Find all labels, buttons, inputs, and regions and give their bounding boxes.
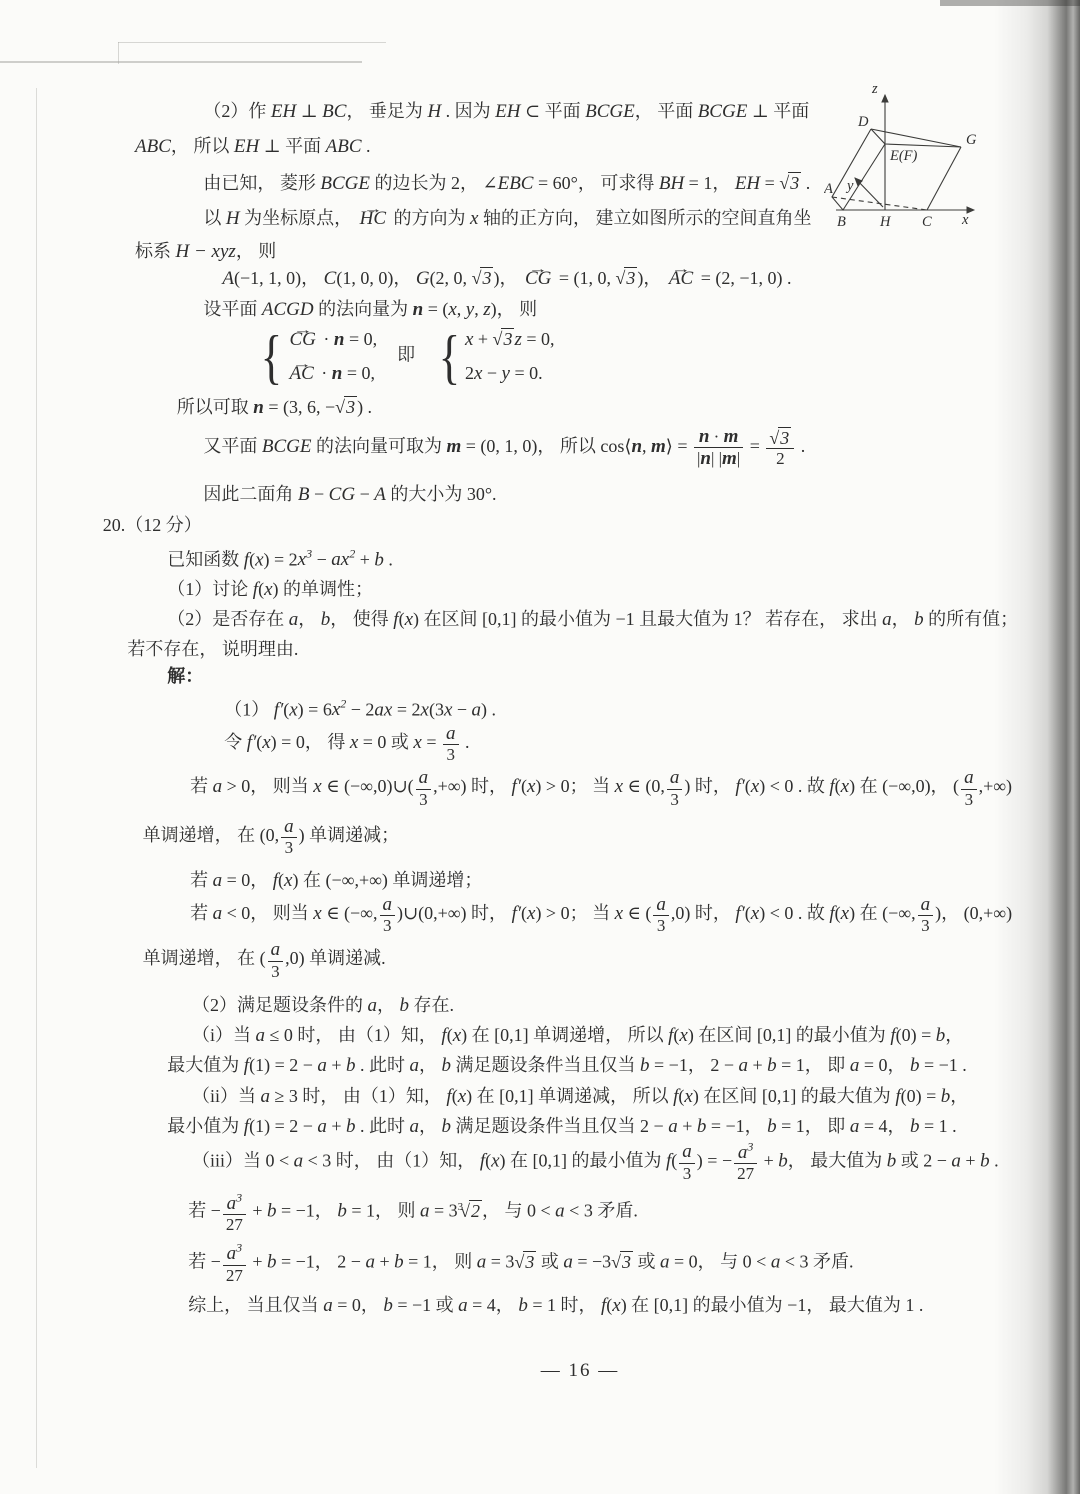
text-run: = 1， 即 <box>777 1116 850 1136</box>
text-run: 因此二面角 <box>203 484 298 504</box>
denominator: 3 <box>443 745 459 764</box>
math-run: a3 <box>227 1193 243 1214</box>
math-run: a <box>284 816 294 837</box>
solution-line: 若 a < 0， 则当 x ∈ (−∞,a3)∪(0,+∞) 时， f′(x) … <box>190 894 1030 935</box>
math-run: x3 <box>298 549 312 570</box>
text-run: 令 <box>224 732 247 752</box>
math-run: G <box>416 268 430 289</box>
math-run: A <box>222 268 234 289</box>
denominator: 3 <box>679 1164 695 1183</box>
math-run: x <box>841 776 849 797</box>
text-run: 若 − <box>188 1201 221 1221</box>
text-run: 解： <box>167 666 203 686</box>
math-run: C <box>324 268 337 289</box>
math-run: BCGE <box>320 173 370 194</box>
figure-label-a: A <box>824 181 833 197</box>
text-run: = 0， <box>222 870 273 890</box>
figure-label-d: D <box>857 114 869 130</box>
text-run: ) 在区间 [0,1] 的最小值为 −1 且最大值为 1？ 若存在， 求出 <box>413 609 882 629</box>
text-run: ) 在 [0,1] 的最小值为 −1， 最大值为 1 . <box>621 1295 924 1315</box>
numerator: n · m <box>694 426 743 448</box>
text-run: = 0， 与 0 < <box>670 1252 771 1272</box>
fraction: a3 <box>679 1141 695 1182</box>
text-run: > 0， 则当 <box>222 776 313 796</box>
math-run: n <box>332 363 343 384</box>
y-axis <box>855 178 883 207</box>
text-run: = −1， 2 − <box>650 1055 739 1075</box>
text-run: 3 <box>447 745 456 764</box>
text-run: − <box>310 484 329 504</box>
math-run: a <box>256 1025 266 1046</box>
text-run: = (1, 0, <box>554 268 615 288</box>
numerator: a <box>679 1141 695 1163</box>
math-run: z <box>483 299 490 320</box>
radical: √3 <box>514 1246 536 1279</box>
text-run: ， <box>377 995 400 1015</box>
system-rows: CG · n = 0,AC · n = 0, <box>287 324 378 389</box>
radical: 3√2 <box>458 1191 482 1228</box>
text-run: < 3 矛盾. <box>780 1252 853 1272</box>
text-run: − <box>482 363 501 383</box>
solution-line: 最小值为 f(1) = 2 − a + b . 此时 a， b 满足题设条件当且… <box>167 1110 1030 1143</box>
math-run: a <box>682 1141 692 1162</box>
scan-shadow-right <box>994 0 1080 1494</box>
radicand: 2 <box>469 1200 482 1221</box>
math-run: a <box>383 894 393 915</box>
text-run: 3 <box>657 916 666 935</box>
text-run: = −1 或 <box>393 1295 458 1315</box>
text-run: = 1， 则 <box>404 1252 477 1272</box>
text-run: = −1， <box>277 1201 338 1221</box>
math-run: EH <box>495 101 520 122</box>
parallelogram-ABED <box>832 129 885 210</box>
math-run: m <box>651 436 666 457</box>
numerator: √3 <box>766 428 794 449</box>
page-number: — 16 — <box>135 1360 1025 1382</box>
fraction: n · m|n| |m| <box>694 426 743 470</box>
text-run: ∈ (−∞, <box>322 903 378 923</box>
scan-artifact-line <box>118 42 119 64</box>
math-run: H <box>226 208 240 229</box>
solution-line: 最大值为 f(1) = 2 − a + b . 此时 a， b 满足题设条件当且… <box>167 1049 1030 1082</box>
edge-GC <box>927 147 961 210</box>
text-run: ) 在区间 [0,1] 的最小值为 <box>688 1025 890 1045</box>
math-run: ABC <box>326 136 362 157</box>
math-run: b <box>767 1116 777 1137</box>
text-run: ∈ (0, <box>623 776 665 796</box>
math-run: EBC <box>498 173 534 194</box>
math-run: x <box>615 903 623 924</box>
figure-label-y: y <box>845 178 854 194</box>
text-run: ) 在 [0,1] 的最小值为 <box>500 1150 666 1170</box>
text-run: （1）讨论 <box>167 579 253 599</box>
text-run: ⊥ 平面 <box>259 136 325 156</box>
text-run: 为坐标原点， <box>240 208 357 228</box>
math-run: a <box>921 894 931 915</box>
text-run: . <box>801 173 810 193</box>
text-run: 单调递增， 在 (0, <box>143 825 280 845</box>
text-run: = <box>760 173 779 193</box>
text-run: . <box>796 436 805 456</box>
math-run: f′ <box>512 903 521 924</box>
fraction: a3 <box>416 767 432 808</box>
math-run: EH <box>234 136 259 157</box>
text-run: )∪(0,+∞) 时， <box>397 903 512 923</box>
text-run: ， 垂足为 <box>346 101 427 121</box>
radical: √3 <box>472 262 494 295</box>
radicand: 3 <box>523 1251 536 1272</box>
text-run: ) > 0； 当 <box>535 776 614 796</box>
fraction: a3 <box>380 894 396 935</box>
text-run: ( <box>671 1150 677 1170</box>
text-run: ) < 0 . 故 <box>759 776 829 796</box>
numerator: a <box>961 767 977 789</box>
solution-line: {CG · n = 0,AC · n = 0, 即 {x + √3z = 0,2… <box>255 324 1030 389</box>
math-run: a <box>555 1201 565 1222</box>
superscript: 3 <box>236 1241 242 1255</box>
text-run: < 3 矛盾. <box>565 1201 638 1221</box>
numerator: a3 <box>734 1141 757 1165</box>
math-run: x <box>264 579 272 600</box>
numerator: a <box>416 767 432 789</box>
math-run: a <box>668 1116 678 1137</box>
math-run: a <box>410 1116 420 1137</box>
text-run: = (0, 1, 0)， 所以 cos⟨ <box>461 436 631 456</box>
text-run: = 1 时， <box>528 1295 601 1315</box>
text-run: = <box>422 732 441 752</box>
math-run: a <box>213 870 223 891</box>
solution-line: 若 −a327 + b = −1， 2 − a + b = 1， 则 a = 3… <box>188 1242 1030 1285</box>
vector-arrow: AC <box>669 262 693 295</box>
text-run: ) 在 (−∞,0)， ( <box>849 776 959 796</box>
solution-line: 若 a > 0， 则当 x ∈ (−∞,0)∪(a3,+∞) 时， f′(x) … <box>190 767 1030 808</box>
math-run: H <box>427 101 441 122</box>
radicand: 3 <box>480 267 493 288</box>
text-run: 轴的正方向， 建立如图所示的空间直角坐 <box>478 208 811 228</box>
math-run: x <box>350 732 358 753</box>
solution-line: （i）当 a ≤ 0 时， 由（1）知， f(x) 在 [0,1] 单调递增， … <box>192 1019 1030 1052</box>
text-run: = 0, <box>342 363 375 383</box>
vector-arrow: AC <box>290 359 314 389</box>
text-run: 的方向为 <box>389 208 470 228</box>
text-run: = <box>745 436 764 456</box>
brace-icon: { <box>260 330 282 384</box>
math-run: a <box>213 776 223 797</box>
denominator: 2 <box>766 449 794 468</box>
text-run: 最小值为 <box>167 1116 244 1136</box>
radicand: 3 <box>620 1251 633 1272</box>
solution-line: 设平面 ACGD 的法向量为 n = (x, y, z)， 则 <box>203 293 1030 326</box>
math-run: n <box>631 436 642 457</box>
math-run: a <box>951 1150 961 1171</box>
text-run: 27 <box>226 1215 243 1234</box>
solution-line: 单调递增， 在 (a3,0) 单调递减. <box>143 939 1030 980</box>
text-run: ⊂ 平面 <box>521 101 586 121</box>
math-run: n <box>699 426 710 447</box>
math-run: b <box>346 1116 356 1137</box>
math-run: x <box>684 1086 692 1107</box>
text-run: ) 时， <box>684 776 735 796</box>
text-run: ) = 6 <box>298 699 332 719</box>
text-run: ∈ ( <box>623 903 651 923</box>
text-run: ,0) 单调递减. <box>285 948 386 968</box>
text-run: + <box>355 549 374 569</box>
math-run: m <box>722 448 737 469</box>
figure-label-x: x <box>961 212 969 228</box>
text-run: 满足题设条件当且仅当 <box>451 1055 640 1075</box>
math-run: b <box>267 1252 277 1273</box>
text-run: （2）作 <box>203 101 271 121</box>
math-run: f′ <box>512 776 521 797</box>
math-run: b <box>267 1201 277 1222</box>
text-run: （ii）当 <box>192 1086 261 1106</box>
math-run: x <box>413 732 421 753</box>
math-run: b <box>640 1055 650 1076</box>
vector-arrow: HC <box>360 202 386 235</box>
radical: √3 <box>769 428 791 448</box>
text-run: ， 使得 <box>330 609 393 629</box>
text-run: ) = − <box>697 1150 732 1170</box>
figure-label-g: G <box>966 132 977 148</box>
math-run: x <box>841 903 849 924</box>
math-run: BCGE <box>698 101 748 122</box>
math-run: x <box>615 776 623 797</box>
math-run: a <box>317 1055 327 1076</box>
system-row: 2x − y = 0. <box>465 358 555 389</box>
text-run: ≥ 3 时， 由（1）知， <box>270 1086 446 1106</box>
text-run: 3 <box>271 962 280 981</box>
text-run: 单调递增， 在 ( <box>143 948 266 968</box>
math-run: a <box>458 1295 468 1316</box>
numerator: a3 <box>223 1242 246 1266</box>
math-run: x <box>262 732 270 753</box>
text-run: 或 <box>536 1252 563 1272</box>
text-run: （2）是否存在 <box>167 609 289 629</box>
text-run: ⊥ <box>296 101 322 121</box>
text-run: 20.（12 分） <box>103 515 202 535</box>
math-run: a <box>670 767 680 788</box>
text-run: + <box>961 1150 980 1170</box>
math-run: a <box>271 939 281 960</box>
solution-line: （iii）当 0 < a < 3 时， 由（1）知， f(x) 在 [0,1] … <box>192 1141 1030 1184</box>
text-run: , <box>642 436 651 456</box>
math-run: BCGE <box>262 436 312 457</box>
text-run: = (2, −1, 0) . <box>696 268 791 288</box>
text-run: ,+∞) 时， <box>433 776 511 796</box>
numerator: a <box>918 894 934 916</box>
text-run: < 0， 则当 <box>222 903 313 923</box>
math-run: b <box>980 1150 990 1171</box>
text-run: ) . <box>481 699 496 719</box>
solution-line: （1）讨论 f(x) 的单调性； <box>167 573 1030 606</box>
text-run: + <box>327 1055 346 1075</box>
text-run: + <box>473 329 492 349</box>
math-run: a <box>882 609 892 630</box>
math-run: a <box>368 995 378 1016</box>
math-run: b <box>442 1116 452 1137</box>
text-run: ， 平面 <box>635 101 698 121</box>
scan-artifact-line <box>36 88 37 1468</box>
text-run: 的大小为 30°. <box>386 484 497 504</box>
text-run: (1) = 2 − <box>249 1055 317 1075</box>
text-run: （1） <box>224 699 274 719</box>
math-run: b <box>887 1150 897 1171</box>
text-run: 3 <box>965 790 974 809</box>
math-run: z <box>514 329 521 350</box>
math-run: BCGE <box>585 101 635 122</box>
math-run: n <box>334 329 345 350</box>
math-run: a <box>660 1252 670 1273</box>
text-run: 标系 <box>135 241 176 261</box>
radical: √3 <box>611 1246 633 1279</box>
fraction: a3 <box>918 894 934 935</box>
math-run: b <box>346 1055 356 1076</box>
math-run: BH <box>659 173 684 194</box>
scanned-page: （2）作 EH ⊥ BC， 垂足为 H . 因为 EH ⊂ 平面 BCGE， 平… <box>0 0 1080 1494</box>
math-run: m <box>724 426 739 447</box>
denominator: 3 <box>653 916 669 935</box>
solution-line: 所以可取 n = (3, 6, −√3) . <box>177 391 1030 424</box>
text-run: ， 最大值为 <box>788 1150 887 1170</box>
text-run: ⟩ = <box>666 436 692 456</box>
text-run: − <box>452 699 471 719</box>
text-run: (1) = 2 − <box>249 1116 317 1136</box>
denominator: 27 <box>223 1266 246 1285</box>
math-run: x <box>313 903 321 924</box>
text-run: · <box>317 363 332 383</box>
math-run: x <box>491 1150 499 1171</box>
numerator: a <box>380 894 396 916</box>
math-run: n <box>700 448 711 469</box>
math-run: b <box>394 1252 404 1273</box>
text-run: ⊥ 平面 <box>747 101 809 121</box>
text-run: + <box>248 1252 267 1272</box>
math-run: BC <box>322 101 346 122</box>
math-run: f′ <box>247 732 256 753</box>
text-run: ) = 2 <box>264 549 298 569</box>
text-run: = 0. <box>510 363 543 383</box>
numerator: a <box>667 767 683 789</box>
text-run: 存在. <box>409 995 454 1015</box>
solution-line: 若 a = 0， f(x) 在 (−∞,+∞) 单调递增； <box>190 864 1030 897</box>
equation-system: {CG · n = 0,AC · n = 0, <box>257 324 377 389</box>
text-run: = −1， <box>706 1116 767 1136</box>
text-run: = 3 <box>486 1252 514 1272</box>
math-run: x <box>313 776 321 797</box>
math-run: a3 <box>227 1243 243 1264</box>
text-run: = 1， 即 <box>777 1055 850 1075</box>
radicand: 3 <box>501 328 514 349</box>
text-run: ， 所以 <box>171 136 234 156</box>
math-run: a <box>261 1086 271 1107</box>
math-run: x <box>458 1086 466 1107</box>
math-run: a <box>850 1055 860 1076</box>
text-run: 所以可取 <box>177 397 254 417</box>
text-run: · <box>709 427 723 446</box>
math-run: ax2 <box>331 549 355 570</box>
fraction: a327 <box>223 1191 246 1234</box>
solution-line: 综上， 当且仅当 a = 0， b = −1 或 a = 4， b = 1 时，… <box>188 1289 1030 1322</box>
text-run: 27 <box>226 1266 243 1285</box>
text-run: , <box>474 299 483 319</box>
math-run: a <box>317 1116 327 1137</box>
text-run: ) > 0； 当 <box>535 903 614 923</box>
text-run: + <box>759 1150 778 1170</box>
text-run: ) 单调递减； <box>299 825 400 845</box>
figure-label-h: H <box>879 214 892 230</box>
math-run: a <box>563 1252 573 1273</box>
math-run: b <box>400 995 410 1016</box>
figure-label-c: C <box>922 214 932 230</box>
text-run: . <box>384 549 393 569</box>
text-run: . <box>362 136 371 156</box>
math-run: a3 <box>738 1142 754 1163</box>
math-run: b <box>778 1150 788 1171</box>
text-run: . 此时 <box>356 1055 410 1075</box>
text-run: 若 − <box>188 1252 221 1272</box>
numerator: a3 <box>223 1191 246 1215</box>
text-run: = 0 或 <box>358 732 413 752</box>
text-run: (0) = <box>896 1025 936 1045</box>
text-run: (0) = <box>901 1086 941 1106</box>
text-run: 3 <box>285 838 294 857</box>
fraction: a327 <box>223 1242 246 1285</box>
text-run: − <box>312 549 331 569</box>
solution-line: （2）满足题设条件的 a， b 存在. <box>192 989 1030 1022</box>
denominator: 3 <box>380 916 396 935</box>
text-run: + <box>327 1116 346 1136</box>
math-run: x <box>751 776 759 797</box>
text-run: = 1 . <box>919 1116 956 1136</box>
text-run: ， <box>950 1086 968 1106</box>
math-run: y <box>502 363 510 384</box>
numerator: a <box>268 939 284 961</box>
math-run: b <box>321 609 331 630</box>
solution-line: 又平面 BCGE 的法向量可取为 m = (0, 1, 0)， 所以 cos⟨n… <box>203 426 1030 470</box>
math-run: b <box>374 549 384 570</box>
denominator: 3 <box>268 962 284 981</box>
math-run: a <box>365 1252 375 1273</box>
system-rows: x + √3z = 0,2x − y = 0. <box>465 324 555 389</box>
text-run: 的边长为 2， ∠ <box>370 173 498 193</box>
math-run: b <box>914 609 924 630</box>
radicand: 3 <box>788 172 801 193</box>
text-run: 若 <box>190 903 213 923</box>
solution-line: 令 f′(x) = 0， 得 x = 0 或 x = a3 . <box>224 723 1030 764</box>
math-run: a <box>771 1252 781 1273</box>
text-run: ) 在 (−∞, <box>849 903 915 923</box>
text-run: = 0， <box>859 1055 910 1075</box>
text-run: 即 <box>379 345 433 365</box>
system-row: AC · n = 0, <box>287 358 378 389</box>
math-run: b <box>697 1116 707 1137</box>
scan-artifact-line <box>0 61 362 63</box>
math-run: x <box>751 903 759 924</box>
denominator: |n| |m| <box>694 448 743 469</box>
math-run: a <box>213 903 223 924</box>
text-run: < 3 时， 由（1）知， <box>303 1150 480 1170</box>
math-run: H − xyz <box>176 241 236 262</box>
fraction: a3 <box>961 767 977 808</box>
text-run: ， <box>892 609 915 629</box>
text-run: ≤ 0 时， 由（1）知， <box>265 1025 441 1045</box>
text-run: 3 <box>921 916 930 935</box>
denominator: 3 <box>961 790 977 809</box>
text-run: = (3, 6, − <box>264 397 335 417</box>
text-run: ) 在 [0,1] 单调递增， 所以 <box>461 1025 668 1045</box>
text-run: − 2 <box>346 699 374 719</box>
math-run: x <box>448 299 456 320</box>
